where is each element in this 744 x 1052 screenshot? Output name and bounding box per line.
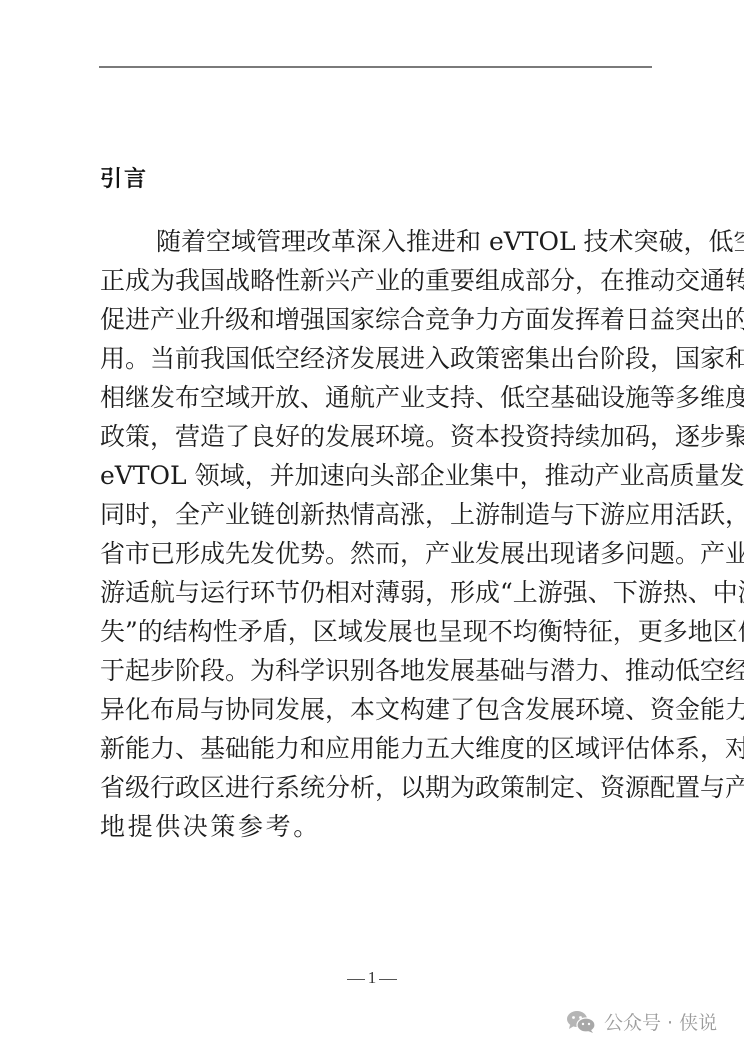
paragraph-line: 用。当前我国低空经济发展进入政策密集出台阶段，国家和地方 bbox=[100, 339, 652, 378]
paragraph-line: 随着空域管理改革深入推进和 eVTOL 技术突破，低空经济 bbox=[100, 222, 652, 261]
paragraph-line: 省级行政区进行系统分析，以期为政策制定、资源配置与产业落 bbox=[100, 768, 652, 807]
section-heading: 引言 bbox=[100, 162, 148, 193]
page-number-dash-right bbox=[379, 979, 397, 980]
paragraph-line: 省市已形成先发优势。然而，产业发展出现诸多问题。产业链中 bbox=[100, 534, 652, 573]
watermark-text: 公众号 · 侠说 bbox=[604, 1008, 717, 1035]
paragraph-line: 促进产业升级和增强国家综合竞争力方面发挥着日益突出的作 bbox=[100, 300, 652, 339]
paragraph-line: 失”的结构性矛盾，区域发展也呈现不均衡特征，更多地区仍处 bbox=[100, 612, 652, 651]
header-rule bbox=[99, 66, 652, 68]
paragraph-line: 相继发布空域开放、通航产业支持、低空基础设施等多维度利好 bbox=[100, 378, 652, 417]
paragraph-line: eVTOL 领域，并加速向头部企业集中，推动产业高质量发展。 bbox=[100, 456, 652, 495]
body-paragraph: 随着空域管理改革深入推进和 eVTOL 技术突破，低空经济 正成为我国战略性新兴… bbox=[100, 222, 652, 846]
paragraph-line: 正成为我国战略性新兴产业的重要组成部分，在推动交通转型、 bbox=[100, 261, 652, 300]
paragraph-line: 同时，全产业链创新热情高涨，上游制造与下游应用活跃，部分 bbox=[100, 495, 652, 534]
paragraph-line: 游适航与运行环节仍相对薄弱，形成“上游强、下游热、中游缺 bbox=[100, 573, 652, 612]
paragraph-line: 于起步阶段。为科学识别各地发展基础与潜力、推动低空经济差 bbox=[100, 651, 652, 690]
paragraph-line: 地提供决策参考。 bbox=[100, 807, 652, 846]
page-number-value: 1 bbox=[368, 968, 377, 987]
wechat-icon bbox=[566, 1010, 596, 1034]
page-number-dash-left bbox=[347, 979, 365, 980]
paragraph-line: 新能力、基础能力和应用能力五大维度的区域评估体系，对全国 bbox=[100, 729, 652, 768]
watermark: 公众号 · 侠说 bbox=[566, 1008, 717, 1035]
page-number: 1 bbox=[0, 968, 744, 988]
paragraph-line: 异化布局与协同发展，本文构建了包含发展环境、资金能力、创 bbox=[100, 690, 652, 729]
paragraph-line: 政策，营造了良好的发展环境。资本投资持续加码，逐步聚焦 bbox=[100, 417, 652, 456]
